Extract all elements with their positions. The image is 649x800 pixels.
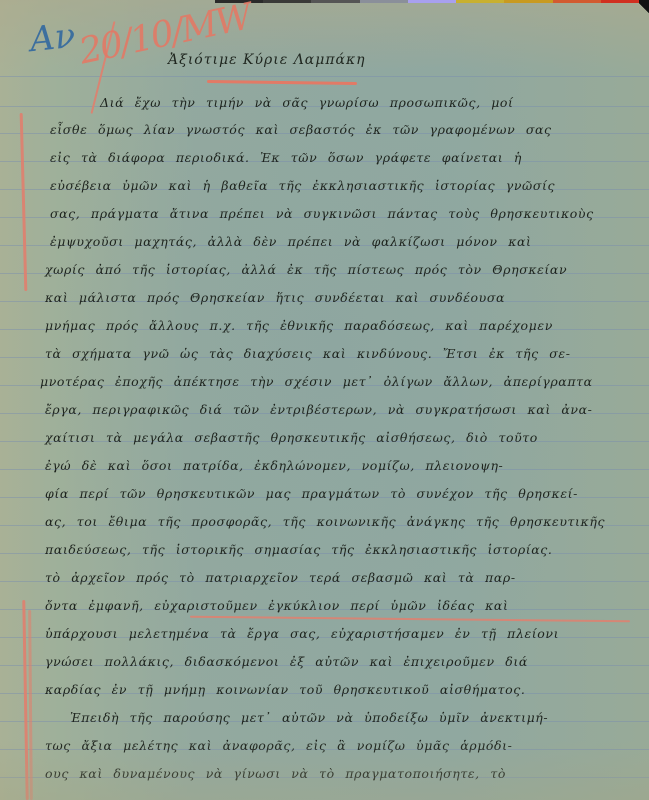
letter-line: ας, τοι ἔθιμα τῆς προσφορᾶς, τῆς κοινωνι… [45,514,605,529]
letter-line: μνοτέρας ἐποχῆς ἀπέκτησε τὴν σχέσιν μετ᾽… [40,374,593,389]
letter-line: καρδίας ἐν τῇ μνήμῃ κοινωνίαν τοῦ θρησκε… [45,682,525,697]
letter-line: φία περί τῶν θρησκευτικῶν μας πραγμάτων … [45,486,578,501]
ruled-line [0,76,649,77]
letter-line: γνώσει πολλάκις, διδασκόμενοι ἐξ αὐτῶν κ… [45,654,528,669]
letter-line: Διά ἔχω τὴν τιμήν νὰ σᾶς γνωρίσω προσωπι… [100,95,514,110]
page-corner-shadow [639,0,649,16]
salutation: Ἀξιότιμε Κύριε Λαμπάκη [168,52,366,68]
letter-line: εἰς τὰ διάφορα περιοδικά. Ἐκ τῶν ὅσων γρ… [50,150,522,165]
letter-line: χωρίς ἀπό τῆς ἱστορίας, ἀλλά ἐκ τῆς πίστ… [45,262,567,277]
letter-line: ἐγώ δὲ καὶ ὅσοι πατρίδα, ἐκδηλώνομεν, νο… [45,458,503,473]
letter-line: παιδεύσεως, τῆς ἱστορικῆς σημασίας τῆς ἐ… [45,542,553,557]
letter-line: τὸ ἀρχεῖον πρός τὸ πατριαρχεῖον τερά σεβ… [45,570,516,585]
letter-line: εἶσθε ὅμως λίαν γνωστός καὶ σεβαστός ἐκ … [50,122,552,137]
letter-line: ὄντα ἐμφανῆ, εὐχαριστοῦμεν ἐγκύκλιον περ… [45,598,508,613]
letter-line: τὰ σχήματα γνῶ ὡς τὰς διαχύσεις καὶ κινδ… [45,346,571,361]
letter-line: ἔργα, περιγραφικῶς διά τῶν ἐντριβέστερων… [45,402,593,417]
letter-line: καὶ μάλιστα πρός Θρησκείαν ἥτις συνδέετα… [45,290,505,305]
letter-line: ους καὶ δυναμένους νὰ γίνωσι νὰ τὸ πραγμ… [45,766,506,781]
ruled-line [0,749,649,750]
letter-line: ἐμψυχοῦσι μαχητάς, ἀλλὰ δὲν πρέπει νὰ φα… [50,234,532,249]
letter-line: χαίτισι τὰ μεγάλα σεβαστῆς θρησκευτικῆς … [45,430,538,445]
scanner-color-strip [215,0,649,3]
red-margin-mark [20,113,28,291]
blue-pencil-annotation: Αν [28,16,77,61]
ruled-line [0,777,649,778]
salutation-underline [207,80,357,85]
letter-line: ὑπάρχουσι μελετημένα τὰ ἔργα σας, εὐχαρι… [45,626,559,641]
letter-line: μνήμας πρός ἄλλους π.χ. τῆς ἐθνικῆς παρα… [45,318,553,333]
letter-line: τως ἄξια μελέτης καὶ ἀναφορᾶς, εἰς ἃ νομ… [45,738,513,753]
letter-line: σας, πράγματα ἄτινα πρέπει νὰ συγκινῶσι … [50,206,594,221]
red-underline [190,616,630,623]
letter-page: Αν 20/10/ΜW Ἀξιότιμε Κύριε Λαμπάκη Διά ἔ… [0,0,649,800]
letter-line: Ἐπειδὴ τῆς παρούσης μετ᾽ αὐτῶν νὰ ὑποδεί… [70,710,548,725]
letter-line: εὐσέβεια ὑμῶν καὶ ἡ βαθεῖα τῆς ἐκκλησιασ… [50,178,555,193]
red-margin-mark [28,610,33,800]
